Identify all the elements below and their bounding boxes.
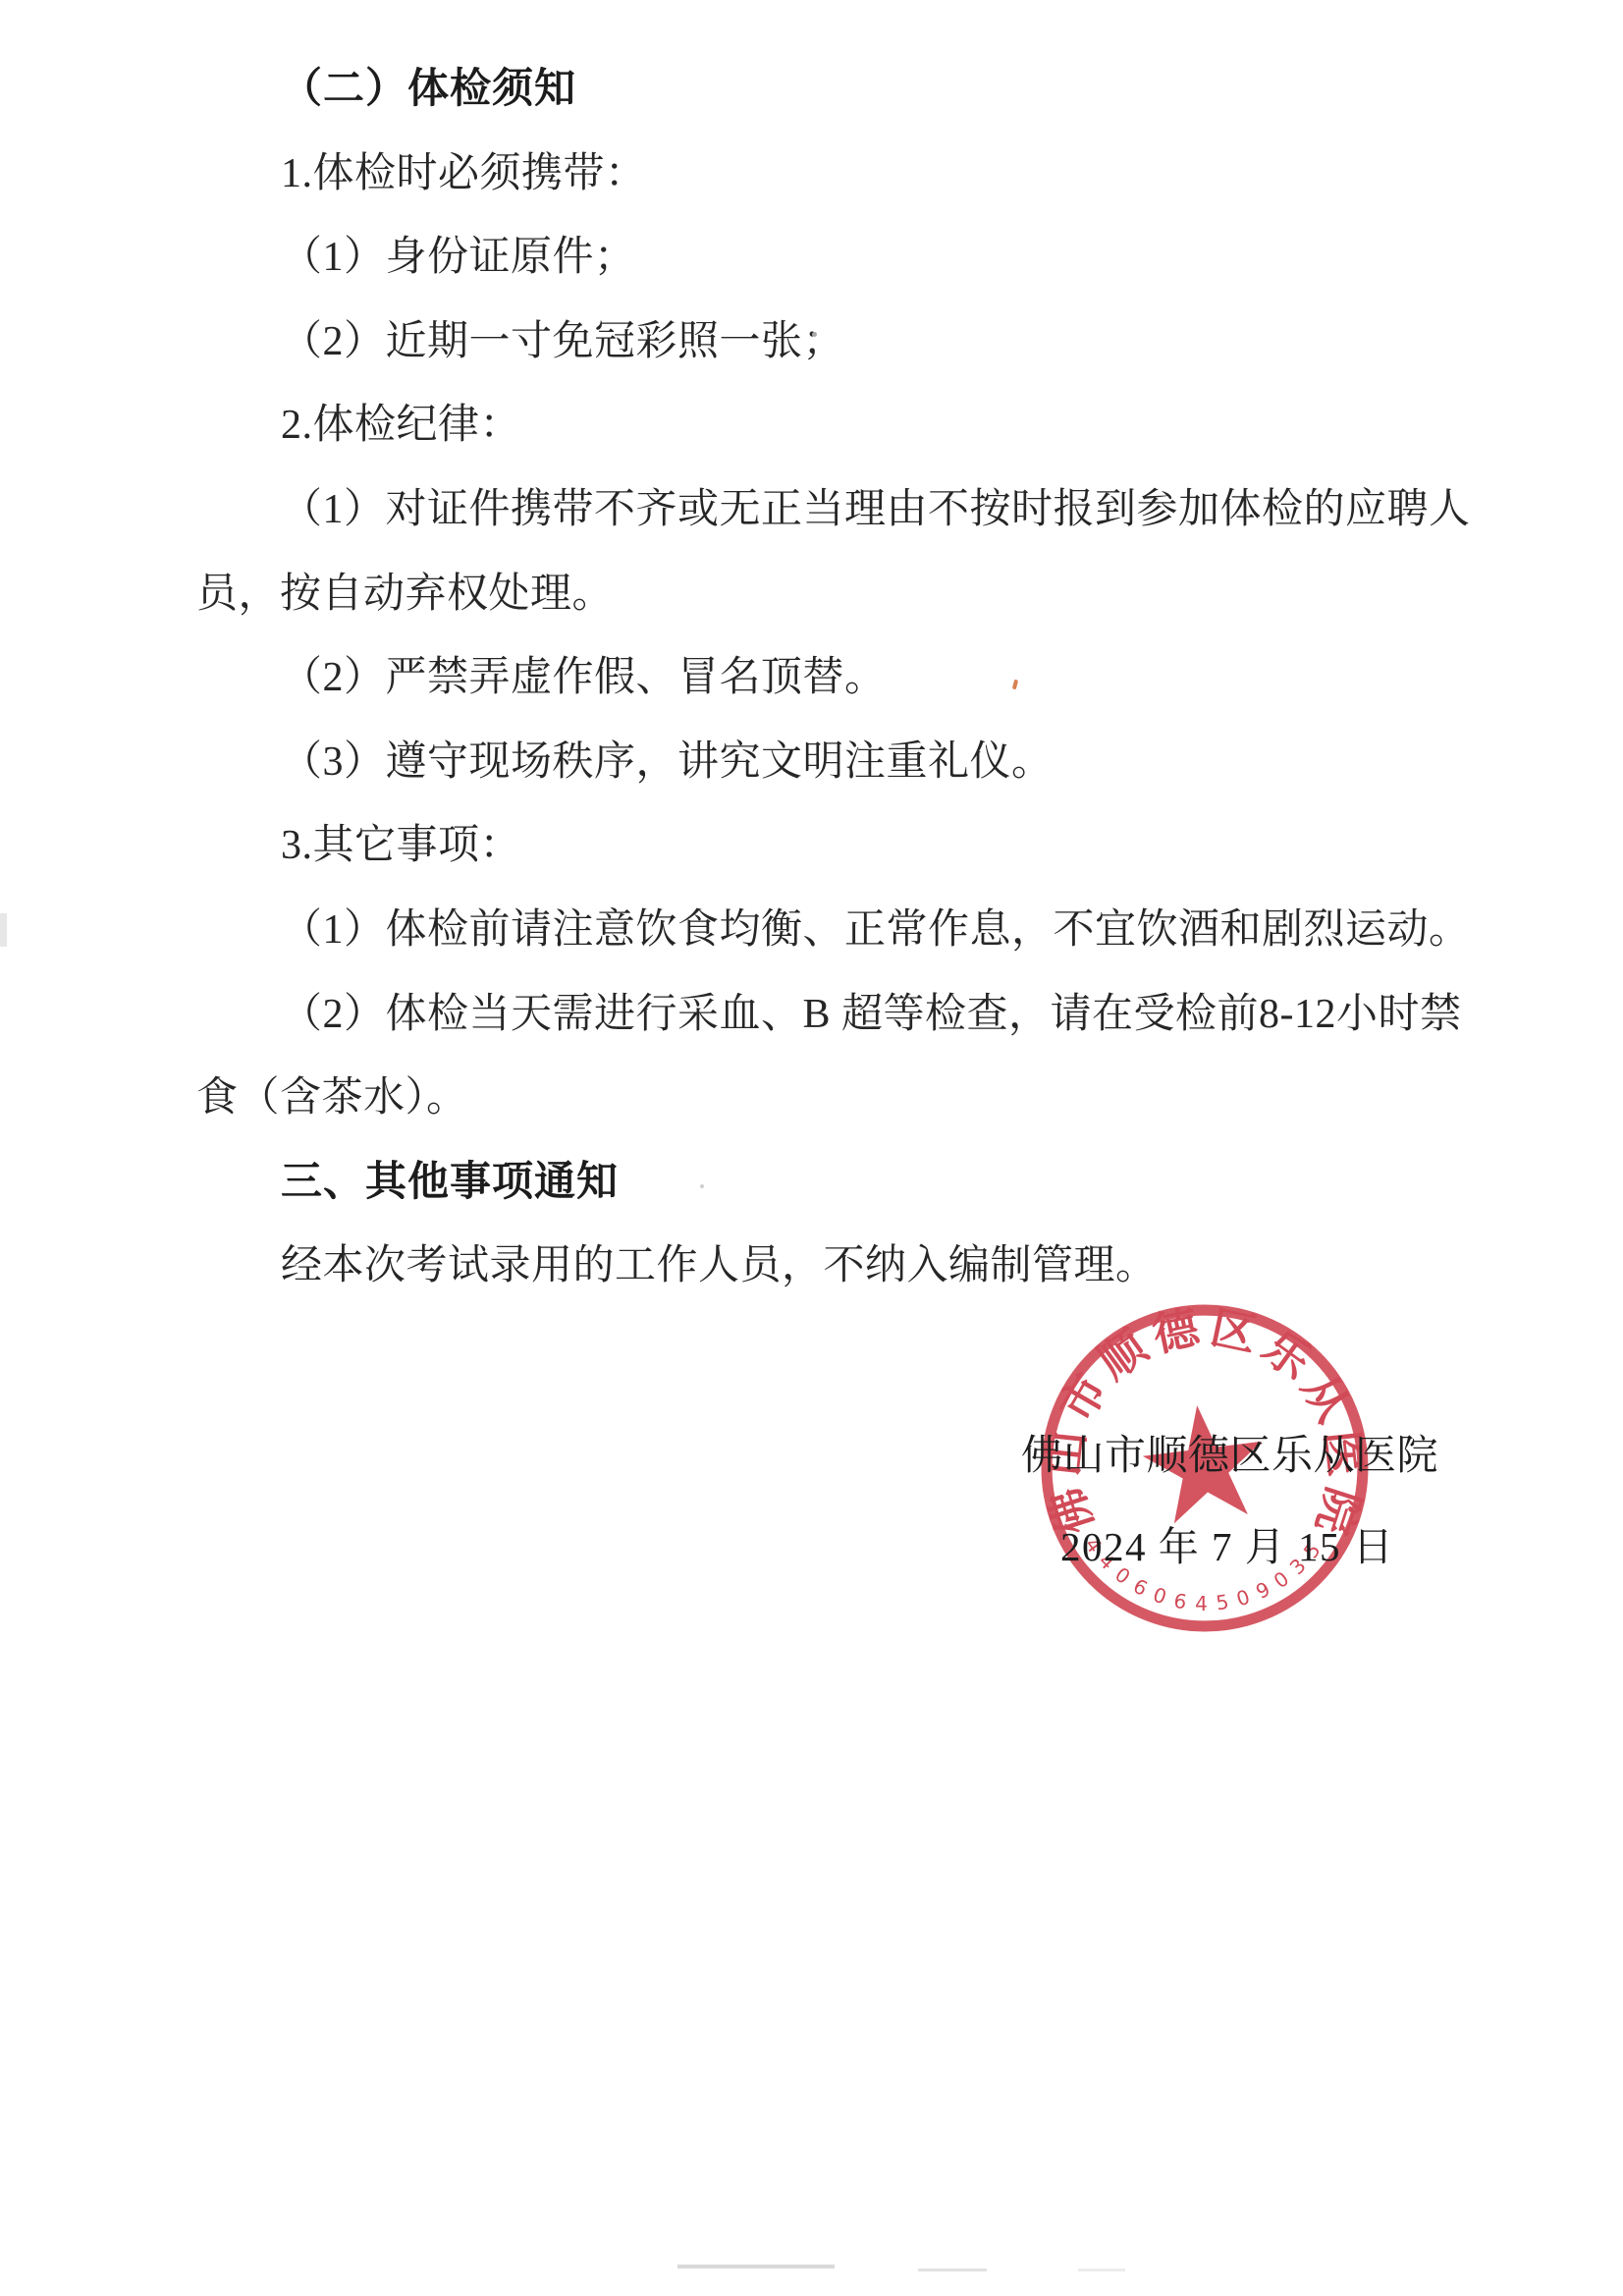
scan-artifact bbox=[918, 2269, 987, 2271]
scan-artifact bbox=[812, 332, 817, 337]
scan-artifact bbox=[700, 1184, 704, 1188]
text-line: （1）对证件携带不齐或无正当理由不按时报到参加体检的应聘人 bbox=[196, 479, 1557, 540]
text-line: （1）身份证原件； bbox=[196, 227, 1557, 288]
text-line: （3）遵守现场秩序，讲究文明注重礼仪。 bbox=[196, 732, 1557, 793]
scan-artifact bbox=[0, 913, 7, 947]
text-line: 员，按自动弃权处理。 bbox=[196, 564, 1473, 625]
text-line: （2）近期一寸免冠彩照一张； bbox=[196, 311, 1557, 372]
text-line: 3.其它事项： bbox=[196, 815, 1557, 876]
scan-artifact bbox=[1078, 2269, 1125, 2271]
text-line: 1.体检时必须携带： bbox=[196, 143, 1557, 204]
text-line: 食（含茶水）。 bbox=[196, 1067, 1473, 1128]
scan-artifact bbox=[677, 2265, 835, 2269]
text-line: （2）体检当天需进行采血、B 超等检查，请在受检前8-12小时禁 bbox=[196, 984, 1557, 1045]
signature-organization: 佛山市顺德区乐从医院 bbox=[1021, 1426, 1438, 1487]
text-line: （2）严禁弄虚作假、冒名顶替。 bbox=[196, 647, 1557, 708]
section-heading: 三、其他事项通知 bbox=[196, 1152, 1557, 1213]
text-line: 2.体检纪律： bbox=[196, 395, 1557, 456]
text-line: （1）体检前请注意饮食均衡、正常作息，不宜饮酒和剧烈运动。 bbox=[196, 900, 1557, 960]
section-heading: （二）体检须知 bbox=[196, 59, 1557, 120]
text-line: 经本次考试录用的工作人员，不纳入编制管理。 bbox=[196, 1235, 1557, 1296]
signature-date: 2024 年 7 月 15 日 bbox=[1060, 1516, 1394, 1577]
scanned-document-page: （二）体检须知1.体检时必须携带：（1）身份证原件；（2）近期一寸免冠彩照一张；… bbox=[0, 0, 1623, 2296]
seal-arc-text: 佛山市顺德区乐从医院 bbox=[1040, 1302, 1371, 1541]
